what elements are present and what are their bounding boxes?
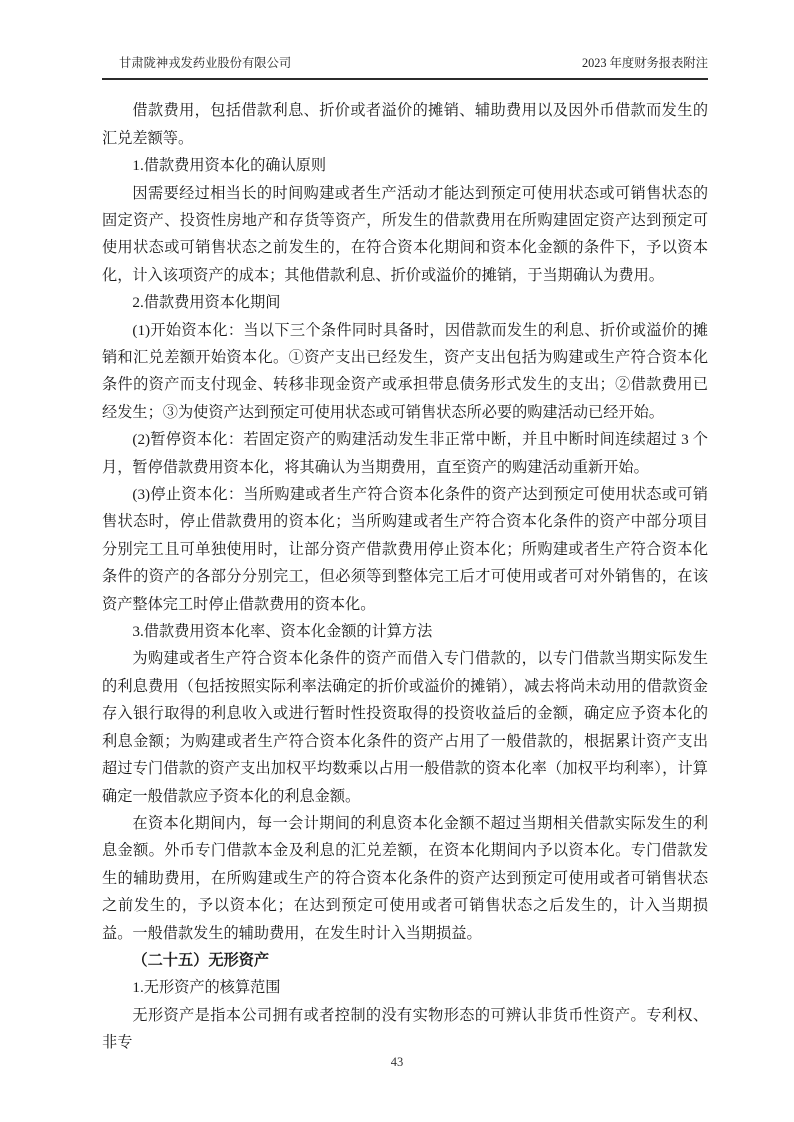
header-company-name: 甘肃陇神戎发药业股份有限公司: [102, 56, 291, 71]
list-item-capitalization-period: 2.借款费用资本化期间: [102, 289, 708, 316]
paragraph-specific-borrowing-calculation: 为购建或者生产符合资本化条件的资产而借入专门借款的，以专门借款当期实际发生的利息…: [102, 645, 708, 809]
page-number: 43: [391, 1055, 404, 1069]
paragraph-intangible-assets-definition: 无形资产是指本公司拥有或者控制的没有实物形态的可辨认非货币性资产。专利权、非专: [102, 1002, 708, 1057]
list-item-intangible-assets-scope: 1.无形资产的核算范围: [102, 974, 708, 1001]
header-doc-title: 2023 年度财务报表附注: [582, 56, 708, 71]
paragraph-suspend-capitalization: (2)暂停资本化：若固定资产的购建活动发生非正常中断，并且中断时间连续超过 3 …: [102, 426, 708, 481]
heading-intangible-assets: （二十五）无形资产: [102, 947, 708, 974]
list-item-capitalization-recognition-principle: 1.借款费用资本化的确认原则: [102, 152, 708, 179]
list-item-capitalization-rate-method: 3.借款费用资本化率、资本化金额的计算方法: [102, 618, 708, 645]
paragraph-capitalization-amount-limit: 在资本化期间内，每一会计期间的利息资本化金额不超过当期相关借款实际发生的利息金额…: [102, 810, 708, 947]
page-footer: 43: [0, 1055, 794, 1070]
paragraph-cease-capitalization: (3)停止资本化：当所购建或者生产符合资本化条件的资产达到预定可使用状态或可销售…: [102, 481, 708, 618]
document-page: 甘肃陇神戎发药业股份有限公司 2023 年度财务报表附注 借款费用，包括借款利息…: [0, 0, 794, 1122]
paragraph-borrowing-costs-definition: 借款费用，包括借款利息、折价或者溢价的摊销、辅助费用以及因外币借款而发生的汇兑差…: [102, 97, 708, 152]
paragraph-capitalization-recognition-detail: 因需要经过相当长的时间购建或者生产活动才能达到预定可使用状态或可销售状态的固定资…: [102, 180, 708, 290]
paragraph-start-capitalization: (1)开始资本化：当以下三个条件同时具备时，因借款而发生的利息、折价或溢价的摊销…: [102, 317, 708, 427]
page-header: 甘肃陇神戎发药业股份有限公司 2023 年度财务报表附注: [102, 0, 708, 80]
document-body: 借款费用，包括借款利息、折价或者溢价的摊销、辅助费用以及因外币借款而发生的汇兑差…: [102, 97, 708, 1056]
